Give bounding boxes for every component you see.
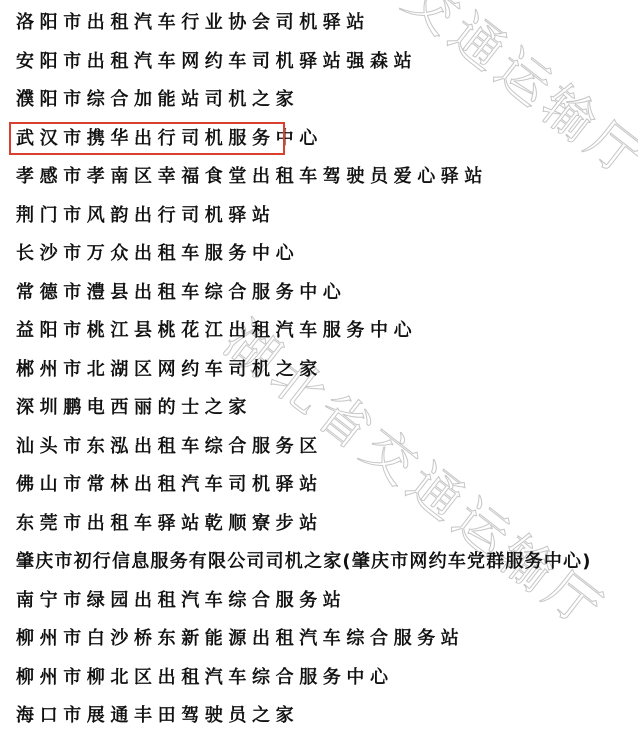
list-item: 海口市展通丰田驾驶员之家 xyxy=(16,697,592,733)
list-item-highlighted: 武汉市携华出行司机服务中心 xyxy=(16,120,592,159)
list-item: 洛阳市出租汽车行业协会司机驿站 xyxy=(16,4,592,43)
item-text: 孝感市孝南区幸福食堂出租车驾驶员爱心驿站 xyxy=(16,166,488,187)
item-text: 常德市澧县出租车综合服务中心 xyxy=(16,282,346,303)
list-item: 濮阳市综合加能站司机之家 xyxy=(16,81,592,120)
item-text: 柳州市白沙桥东新能源出租汽车综合服务站 xyxy=(16,628,464,649)
list-item: 荆门市风韵出行司机驿站 xyxy=(16,197,592,236)
item-text: 南宁市绿园出租汽车综合服务站 xyxy=(16,590,346,611)
item-text: 深圳鹏电西丽的士之家 xyxy=(16,397,252,418)
item-text: 荆门市风韵出行司机驿站 xyxy=(16,205,276,226)
item-text: 东莞市出租车驿站乾顺寮步站 xyxy=(16,513,323,534)
item-text: 海口市展通丰田驾驶员之家 xyxy=(16,705,299,726)
item-text: 长沙市万众出租车服务中心 xyxy=(16,243,299,264)
list-item: 长沙市万众出租车服务中心 xyxy=(16,235,592,274)
list-item: 深圳鹏电西丽的士之家 xyxy=(16,389,592,428)
list-item: 柳州市白沙桥东新能源出租汽车综合服务站 xyxy=(16,620,592,659)
highlight-box xyxy=(9,122,285,155)
item-text: 肇庆市初行信息服务有限公司司机之家(肇庆市网约车党群服务中心) xyxy=(16,551,592,572)
list-item: 柳州市柳北区出租汽车综合服务中心 xyxy=(16,659,592,698)
item-text: 濮阳市综合加能站司机之家 xyxy=(16,89,299,110)
item-text: 洛阳市出租汽车行业协会司机驿站 xyxy=(16,12,370,33)
item-text: 佛山市常林出租汽车司机驿站 xyxy=(16,474,323,495)
item-text: 益阳市桃江县桃花江出租汽车服务中心 xyxy=(16,320,417,341)
item-text: 汕头市东泓出租车综合服务区 xyxy=(16,436,323,457)
item-text: 郴州市北湖区网约车司机之家 xyxy=(16,359,323,380)
list-item: 佛山市常林出租汽车司机驿站 xyxy=(16,466,592,505)
list-item: 益阳市桃江县桃花江出租汽车服务中心 xyxy=(16,312,592,351)
item-text: 柳州市柳北区出租汽车综合服务中心 xyxy=(16,667,394,688)
list-item: 肇庆市初行信息服务有限公司司机之家(肇庆市网约车党群服务中心) xyxy=(16,543,592,582)
list-item: 郴州市北湖区网约车司机之家 xyxy=(16,351,592,390)
list-item: 孝感市孝南区幸福食堂出租车驾驶员爱心驿站 xyxy=(16,158,592,197)
item-text: 安阳市出租汽车网约车司机驿站强森站 xyxy=(16,51,417,72)
list-item: 汕头市东泓出租车综合服务区 xyxy=(16,428,592,467)
list-item: 东莞市出租车驿站乾顺寮步站 xyxy=(16,505,592,544)
list-item: 南宁市绿园出租汽车综合服务站 xyxy=(16,582,592,621)
list-item: 安阳市出租汽车网约车司机驿站强森站 xyxy=(16,43,592,82)
station-list: 洛阳市出租汽车行业协会司机驿站 安阳市出租汽车网约车司机驿站强森站 濮阳市综合加… xyxy=(16,4,592,733)
list-item: 常德市澧县出租车综合服务中心 xyxy=(16,274,592,313)
